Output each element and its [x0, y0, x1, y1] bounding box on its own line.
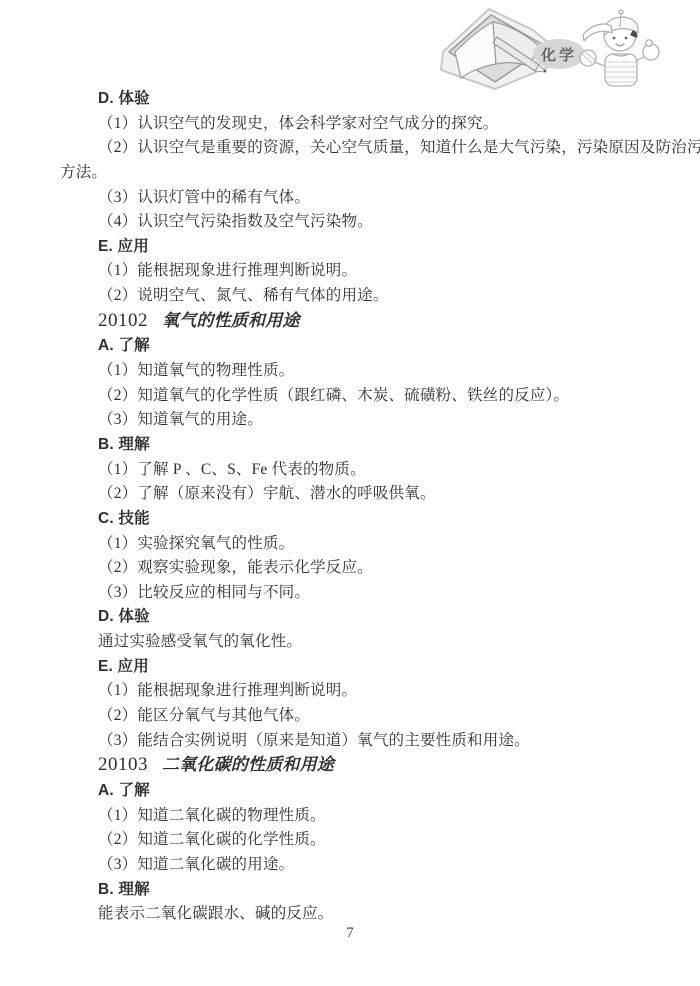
list-item: （3）知道氧气的用途。: [60, 408, 700, 433]
list-item: （1）知道氧气的物理性质。: [60, 359, 700, 384]
list-item-continuation: 方法。: [60, 161, 700, 186]
section-heading: 20103二氧化碳的性质和用途: [60, 753, 700, 779]
document-page: 化学: [0, 0, 700, 986]
chemistry-badge: 化学: [533, 39, 585, 69]
sub-heading: B. 理解: [60, 433, 700, 458]
list-item: （1）能根据现象进行推理判断说明。: [60, 679, 700, 704]
sub-heading: C. 技能: [60, 507, 700, 532]
header-illustration-svg: 化学: [433, 2, 665, 90]
sub-heading: B. 理解: [60, 878, 700, 903]
section-number: 20102: [98, 310, 148, 331]
list-item: （3）认识灯管中的稀有气体。: [60, 186, 700, 211]
list-item: （3）比较反应的相同与不同。: [60, 581, 700, 606]
student-mascot-icon: [580, 10, 659, 86]
list-item: （3）知道二氧化碳的用途。: [60, 853, 700, 878]
section-title: 二氧化碳的性质和用途: [162, 755, 334, 775]
list-item: （1）知道二氧化碳的物理性质。: [60, 804, 700, 829]
document-body: D. 体验 （1）认识空气的发现史，体会科学家对空气成分的探究。 （2）认识空气…: [60, 87, 700, 927]
paragraph: 通过实验感受氧气的氧化性。: [60, 630, 700, 655]
list-item: （2）说明空气、氮气、稀有气体的用途。: [60, 284, 700, 309]
sub-heading: D. 体验: [60, 87, 700, 112]
list-item: （4）认识空气污染指数及空气污染物。: [60, 210, 700, 235]
list-item: （2）观察实验现象，能表示化学反应。: [60, 556, 700, 581]
chemistry-badge-label: 化学: [540, 46, 577, 64]
paragraph: 能表示二氧化碳跟水、碱的反应。: [60, 902, 700, 927]
page-number: 7: [0, 925, 700, 942]
list-item: （2）认识空气是重要的资源，关心空气质量，知道什么是大气污染，污染原因及防治污染…: [60, 136, 700, 161]
sub-heading: E. 应用: [60, 655, 700, 680]
section-heading: 20102氧气的性质和用途: [60, 309, 700, 335]
section-title: 氧气的性质和用途: [162, 311, 300, 331]
sub-heading: A. 了解: [60, 334, 700, 359]
list-item: （1）了解 P 、C、S、Fe 代表的物质。: [60, 458, 700, 483]
section-number: 20103: [98, 754, 148, 775]
header-illustration: 化学: [433, 2, 665, 90]
sub-heading: E. 应用: [60, 235, 700, 260]
sub-heading: D. 体验: [60, 605, 700, 630]
list-item: （2）知道氧气的化学性质（跟红磷、木炭、硫磺粉、铁丝的反应）。: [60, 384, 700, 409]
list-item: （1）认识空气的发现史，体会科学家对空气成分的探究。: [60, 112, 700, 137]
list-item: （2）能区分氧气与其他气体。: [60, 704, 700, 729]
sub-heading: A. 了解: [60, 779, 700, 804]
list-item: （1）能根据现象进行推理判断说明。: [60, 259, 700, 284]
list-item: （2）了解（原来没有）宇航、潜水的呼吸供氧。: [60, 482, 700, 507]
list-item: （1）实验探究氧气的性质。: [60, 532, 700, 557]
list-item: （2）知道二氧化碳的化学性质。: [60, 828, 700, 853]
list-item: （3）能结合实例说明（原来是知道）氧气的主要性质和用途。: [60, 729, 700, 754]
